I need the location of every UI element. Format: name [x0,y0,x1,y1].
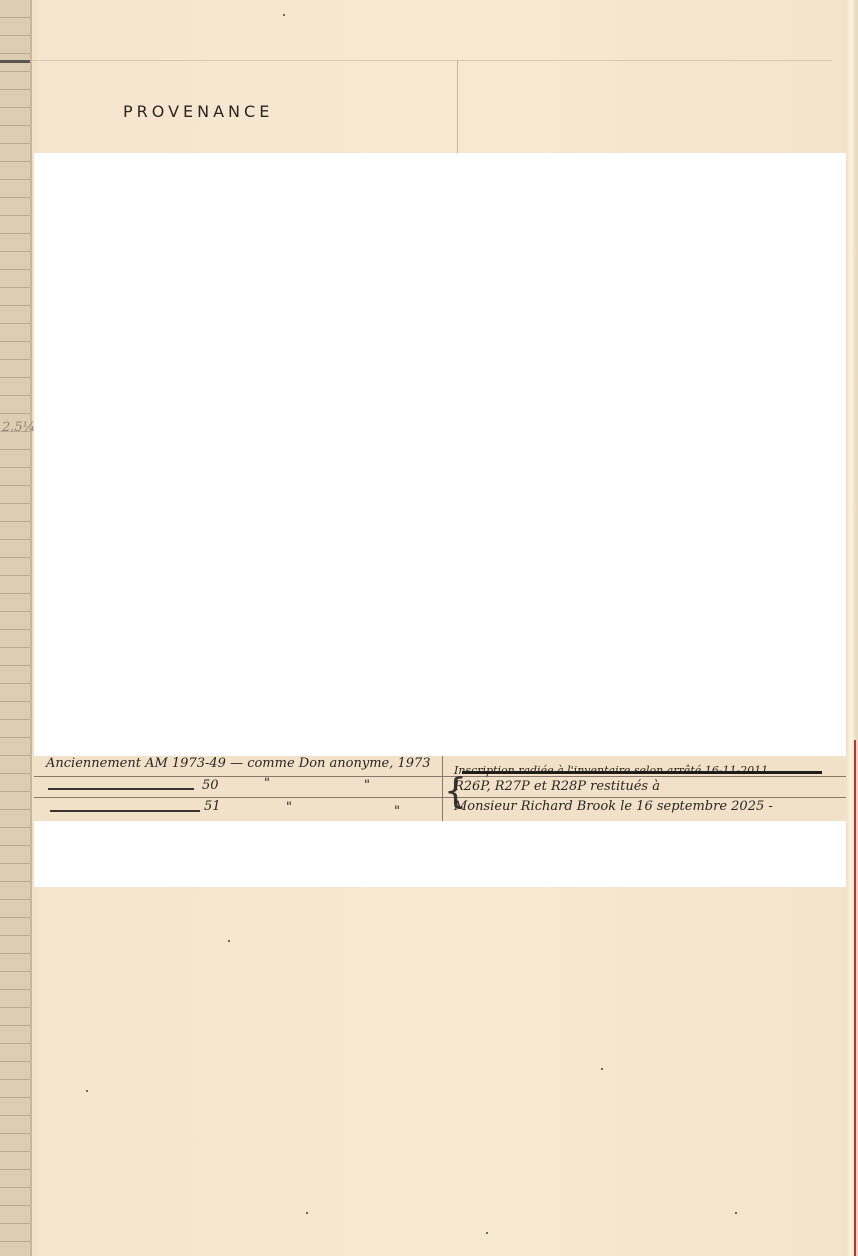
column-divider [457,60,458,155]
strikethrough-line [462,771,822,774]
entry-line-3-number: 51 [204,799,221,814]
entry-line-3-right: Monsieur Richard Brook le 16 septembre 2… [454,799,773,814]
margin-note: 2.5¼ [2,420,35,435]
provenance-entries: Anciennement AM 1973-49 — comme Don anon… [34,756,846,821]
entry-line-1-left: Anciennement AM 1973-49 — comme Don anon… [46,756,431,771]
ditto-dash [48,788,194,790]
binding-mark [0,60,30,63]
ditto-mark: " [394,804,400,819]
ditto-mark: " [264,776,270,791]
paper-speck [735,1212,737,1214]
entry-line-2-right: R26P, R27P et R28P restitués à [454,779,660,794]
paper-speck [601,1068,603,1070]
paper-speck [86,1090,88,1092]
paper-speck [228,940,230,942]
ditto-dash [50,810,200,812]
paper-speck [283,14,285,16]
page-title: PROVENANCE [123,102,273,121]
paper-speck [306,1212,308,1214]
header-rule [32,60,832,61]
redacted-region-upper [34,153,846,756]
page-right-edge [846,0,858,1256]
ditto-mark: " [286,800,292,815]
red-page-edge [854,740,856,1256]
entry-line-2-number: 50 [202,778,219,793]
ruled-line [34,797,846,798]
ledger-page: 2.5¼ PROVENANCE Anciennement AM 1973-49 … [0,0,858,1256]
redacted-region-lower [34,821,846,887]
ledger-binding-strip: 2.5¼ [0,0,32,1256]
ditto-mark: " [364,778,370,793]
paper-speck [486,1232,488,1234]
column-divider [442,756,443,821]
